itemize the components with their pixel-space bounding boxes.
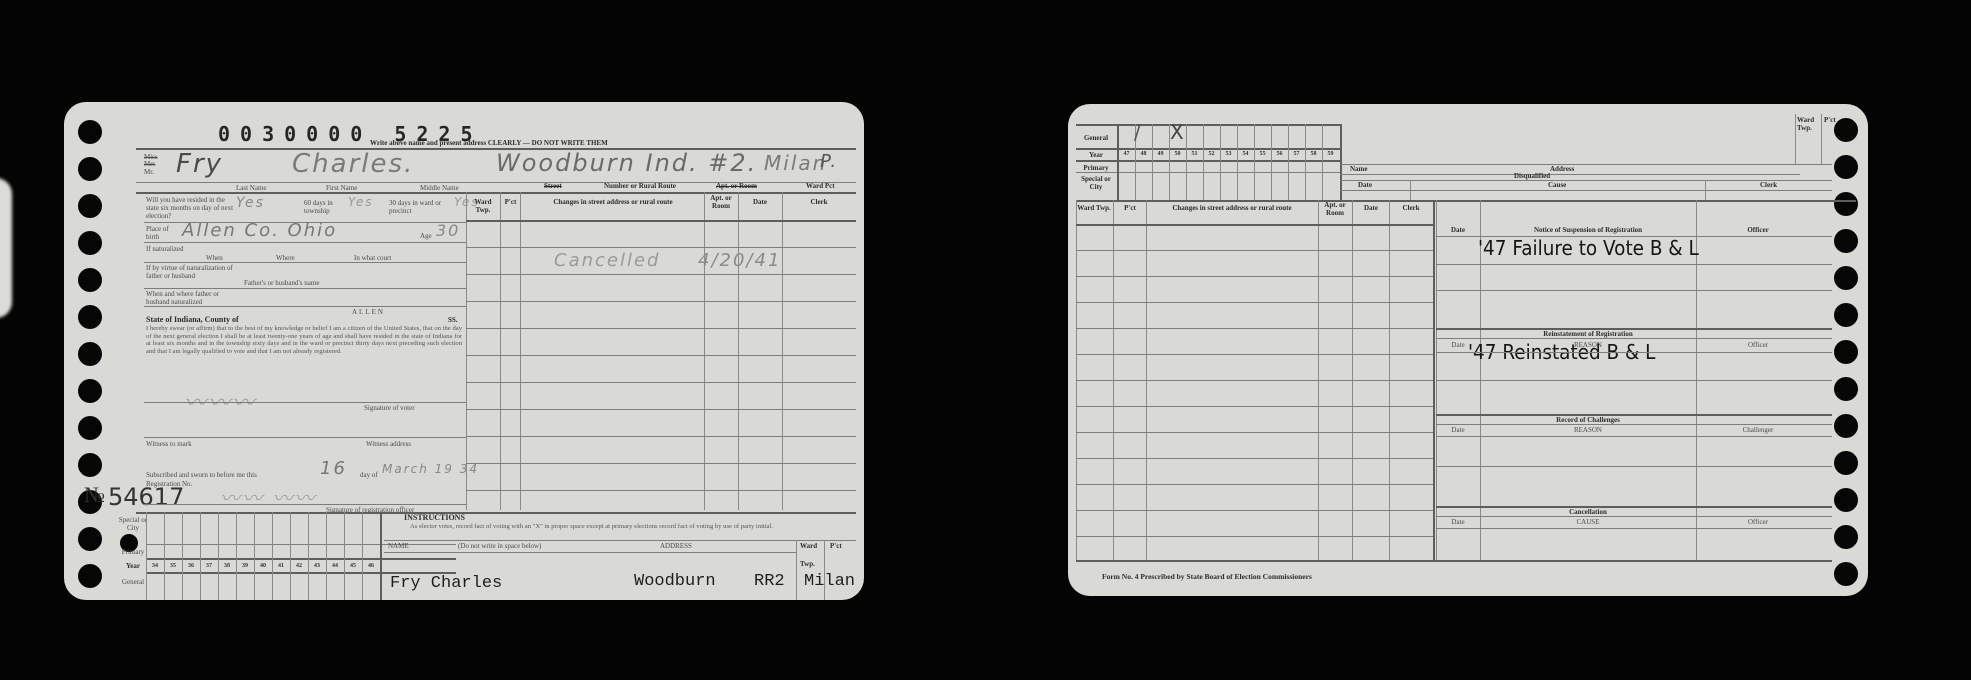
residency-state-question: Will you have resided in the state six m… [146, 196, 236, 220]
last-name-value: Fry [176, 149, 223, 179]
table-row [466, 274, 856, 275]
table-row [466, 436, 856, 437]
rule [1436, 436, 1832, 437]
birthplace-value: Allen Co. Ohio [182, 220, 337, 241]
year-cell: 40 [254, 563, 272, 569]
registration-card-front: 0030000 5225 Write above name and presen… [64, 102, 864, 600]
year-cell: 42 [290, 563, 308, 569]
rule [144, 242, 466, 243]
grid-line [1322, 124, 1323, 200]
adjacent-card-edge [0, 178, 12, 318]
punch-hole [78, 379, 102, 403]
grid-line [308, 512, 309, 600]
grid-line [1186, 124, 1187, 200]
table-row [1076, 510, 1433, 511]
disqualified-label: Disqualified [1514, 172, 1550, 180]
table-row [1076, 354, 1433, 355]
table-row [466, 301, 856, 302]
strip-route-value: RR2 [754, 572, 785, 591]
ward-value: P. [820, 151, 838, 172]
punch-hole [78, 231, 102, 255]
rule [1340, 174, 1800, 175]
oath-heading: State of Indiana, County of [146, 316, 239, 324]
grid-line [1305, 124, 1306, 200]
year-cell: 49 [1152, 151, 1169, 157]
row-special-city: Special or City [118, 516, 148, 532]
disq-date-label: Date [1358, 181, 1372, 189]
rule [1436, 528, 1832, 529]
rule [1436, 338, 1832, 339]
grid-line [164, 512, 165, 600]
birthplace-label: Place of birth [146, 225, 176, 241]
rule [1436, 380, 1832, 381]
punch-hole [1834, 192, 1858, 216]
street-label: Street [544, 182, 562, 190]
grid-line [1152, 124, 1153, 200]
last-name-label: Last Name [236, 184, 267, 192]
grid-line [1203, 124, 1204, 200]
col-clerk: Clerk [784, 198, 854, 206]
rule [1076, 200, 1856, 202]
rule [146, 558, 456, 560]
punch-hole [78, 342, 102, 366]
strip-address-label: ADDRESS [660, 542, 692, 550]
instructions-text: As elector votes, record fact of voting … [410, 523, 830, 531]
reinstatement-officer-label: Officer [1698, 341, 1818, 349]
rule [1340, 190, 1832, 191]
table-row [1076, 250, 1433, 251]
strip-ward-label: Ward [800, 542, 817, 550]
witness-address-label: Witness address [366, 440, 411, 448]
reinstatement-title: Reinstatement of Registration [1482, 330, 1694, 338]
grid-line [380, 512, 382, 600]
punch-hole [1834, 451, 1858, 475]
rule [1436, 466, 1832, 467]
cancellation-officer-label: Officer [1698, 518, 1818, 526]
ward-twp-label: Ward Twp. [1797, 116, 1821, 132]
father-naturalized-when-label: When and where father or husband natural… [146, 290, 241, 306]
table-row [466, 409, 856, 410]
rule [1436, 264, 1832, 265]
strip-pct-label: P'ct [830, 542, 842, 550]
father-name-label: Father's or husband's name [244, 279, 319, 287]
table-row [466, 220, 856, 222]
grid-line [1340, 124, 1342, 200]
grid-line [1433, 200, 1435, 560]
registration-card-back: General Year Primary Special or City 47 … [1068, 104, 1868, 596]
ward-pct-label: Ward Pct [806, 182, 835, 190]
punch-hole [1834, 525, 1858, 549]
punch-hole [78, 120, 102, 144]
header-instruction: Write above name and present address CLE… [370, 139, 690, 147]
grid-line [1220, 124, 1221, 200]
rule [1076, 160, 1341, 162]
col-changes: Changes in street address or rural route [522, 198, 704, 206]
rule [144, 402, 466, 403]
year-cell: 39 [236, 563, 254, 569]
form-footer: Form No. 4 Prescribed by State Board of … [1102, 573, 1312, 581]
route-label: Number or Rural Route [604, 182, 676, 190]
table-row [1076, 458, 1433, 459]
col-date: Date [739, 198, 781, 206]
table-row [1076, 380, 1433, 381]
residency-township-answer: Yes [348, 195, 374, 209]
year-cell: 55 [1254, 151, 1271, 157]
name-label: Name [1350, 165, 1368, 173]
rule [1076, 560, 1832, 562]
strip-name-value: Fry Charles [390, 574, 502, 593]
officer-signature: 〰〰 〰〰 [220, 482, 316, 511]
year-cell: 57 [1288, 151, 1305, 157]
subscribed-month-year: March 19 34 [382, 462, 479, 476]
number-symbol: № [84, 482, 105, 508]
rule [146, 544, 456, 545]
year-cell: 51 [1186, 151, 1203, 157]
col-pct: P'ct [501, 198, 520, 206]
year-cell: 37 [200, 563, 218, 569]
row-special-city: Special or City [1076, 175, 1116, 191]
rule [144, 306, 466, 307]
year-cell: 58 [1305, 151, 1322, 157]
voter-signature-label: Signature of voter [364, 404, 415, 412]
col-date: Date [1353, 204, 1389, 212]
row-year: Year [1076, 151, 1116, 159]
col-apt: Apt. or Room [1319, 201, 1351, 217]
punch-hole [1834, 414, 1858, 438]
rule [136, 512, 856, 514]
punch-hole [78, 527, 102, 551]
table-row [1076, 224, 1433, 226]
strip-no-write-label: (Do not write in space below) [458, 542, 541, 550]
year-cell: 53 [1220, 151, 1237, 157]
middle-name-label: Middle Name [420, 184, 459, 192]
year-cell: 35 [164, 563, 182, 569]
year-cell: 52 [1203, 151, 1220, 157]
grid-line [1117, 124, 1119, 200]
naturalized-label: If naturalized [146, 245, 186, 253]
year-cell: 41 [272, 563, 290, 569]
grid-line [1237, 124, 1238, 200]
residency-state-answer: Yes [236, 195, 265, 211]
grid-line [218, 512, 219, 600]
grid-line [362, 512, 363, 600]
age-label: Age [420, 232, 432, 240]
col-ward-twp: Ward Twp. [1076, 204, 1112, 212]
col-pct: P'ct [1114, 204, 1146, 212]
punch-hole [1834, 488, 1858, 512]
subscribed-day: 16 [320, 458, 347, 479]
rule [1076, 148, 1341, 150]
rule [144, 262, 466, 263]
table-row [466, 490, 856, 491]
year-cell: 34 [146, 563, 164, 569]
rule [384, 552, 796, 553]
punch-hole [78, 157, 102, 181]
oath-ss: SS. [448, 316, 458, 324]
row-primary: Primary [1076, 164, 1116, 172]
rule [1436, 516, 1832, 517]
rule [1436, 352, 1832, 353]
rule [144, 288, 466, 289]
row-primary: Primary [118, 548, 148, 556]
registration-number: 54617 [108, 483, 184, 511]
subscribed-label: Subscribed and sworn to before me this [146, 471, 257, 479]
year-cell: 59 [1322, 151, 1339, 157]
grid-line [1288, 124, 1289, 200]
first-name-label: First Name [326, 184, 357, 192]
rule [1076, 172, 1341, 173]
rule [144, 437, 466, 438]
year-cell: 47 [1118, 151, 1135, 157]
salutation-mrs: Mrs [144, 160, 155, 168]
apt-label: Apt. or Room [716, 182, 757, 190]
naturalized-where-label: Where [276, 254, 295, 262]
naturalized-court-label: In what court [354, 254, 391, 262]
day-of-label: day of [360, 471, 378, 479]
table-row [466, 382, 856, 383]
challenges-reason-label: REASON [1482, 426, 1694, 434]
table-row [1076, 432, 1433, 433]
naturalized-when-label: When [206, 254, 223, 262]
grid-line [1705, 180, 1706, 200]
grid-line [236, 512, 237, 600]
grid-line [146, 512, 147, 600]
punch-hole [1834, 377, 1858, 401]
grid-line [1795, 114, 1796, 164]
table-row [466, 328, 856, 329]
strip-name-label: NAME [388, 542, 409, 550]
strip-township-value: Milan [804, 572, 855, 591]
grid-line [1254, 124, 1255, 200]
row-general: General [1076, 134, 1116, 142]
cancellation-title: Cancellation [1482, 508, 1694, 516]
table-row [466, 355, 856, 356]
year-cell: 38 [218, 563, 236, 569]
col-ward-twp: Ward Twp. [467, 198, 499, 214]
address-label: Address [1550, 165, 1574, 173]
table-row [1076, 328, 1433, 329]
vote-mark-50: X [1170, 120, 1186, 144]
grid-line [1410, 180, 1411, 200]
cancellation-cause-label: CAUSE [1482, 518, 1694, 526]
grid-line [290, 512, 291, 600]
table-row [1076, 302, 1433, 303]
father-naturalization-label: If by virtue of naturalization of father… [146, 264, 236, 280]
punch-hole [1834, 340, 1858, 364]
col-clerk: Clerk [1390, 204, 1432, 212]
suspension-title: Notice of Suspension of Registration [1482, 226, 1694, 234]
punch-hole [78, 453, 102, 477]
grid-line [1821, 114, 1822, 164]
table-row [1076, 276, 1433, 277]
suspension-date-label: Date [1438, 226, 1478, 234]
table-row [1076, 484, 1433, 485]
col-changes: Changes in street address or rural route [1147, 204, 1317, 212]
grid-line [824, 540, 825, 600]
punch-hole [78, 564, 102, 588]
punch-hole [1834, 229, 1858, 253]
challenges-date-label: Date [1438, 426, 1478, 434]
suspension-stamp: '47 Failure to Vote B & L [1478, 236, 1699, 260]
year-cell: 56 [1271, 151, 1288, 157]
grid-line [182, 512, 183, 600]
year-cell: 48 [1135, 151, 1152, 157]
year-cell: 50 [1169, 151, 1186, 157]
disq-cause-label: Cause [1548, 181, 1566, 189]
year-cell: 44 [326, 563, 344, 569]
suspension-officer-label: Officer [1698, 226, 1818, 234]
punch-hole [78, 194, 102, 218]
row-general: General [118, 578, 148, 586]
cancelled-entry: Cancelled [554, 250, 660, 271]
rule [144, 504, 466, 505]
col-apt: Apt. or Room [705, 194, 737, 210]
grid-line [254, 512, 255, 600]
year-cell: 46 [362, 563, 380, 569]
year-cell: 45 [344, 563, 362, 569]
year-cell: 54 [1237, 151, 1254, 157]
grid-line [1271, 124, 1272, 200]
vote-mark-48: / [1134, 120, 1143, 144]
punch-hole [78, 268, 102, 292]
rule [1436, 290, 1832, 291]
punch-hole [1834, 266, 1858, 290]
disq-clerk-label: Clerk [1760, 181, 1777, 189]
cancelled-date: 4/20/41 [698, 250, 781, 271]
strip-address-value: Woodburn [634, 572, 716, 591]
county-value: ALLEN [352, 308, 385, 316]
grid-line [272, 512, 273, 600]
year-cell: 43 [308, 563, 326, 569]
age-value: 30 [436, 221, 460, 240]
row-year: Year [118, 562, 148, 570]
residency-ward-question: 30 days in ward or precinct [389, 199, 453, 215]
rule [384, 540, 856, 541]
oath-text: I hereby swear (or affirm) that to the b… [146, 325, 462, 355]
grid-line [796, 540, 797, 600]
rule [136, 192, 856, 194]
first-name-value: Charles. [292, 149, 414, 179]
punch-hole [1834, 562, 1858, 586]
grid-line [200, 512, 201, 600]
city-value: Milan [764, 151, 827, 175]
table-row [1076, 406, 1433, 407]
punch-hole [78, 416, 102, 440]
grid-line [344, 512, 345, 600]
rule [1340, 180, 1832, 181]
table-row [1076, 536, 1433, 537]
punch-hole [1834, 118, 1858, 142]
rule [1340, 164, 1832, 165]
punch-hole [1834, 155, 1858, 179]
punch-hole [1834, 303, 1858, 327]
punch-hole [78, 305, 102, 329]
table-row [466, 247, 856, 248]
witness-mark-label: Witness to mark [146, 440, 192, 448]
challenges-challenger-label: Challenger [1698, 426, 1818, 434]
table-row [466, 463, 856, 464]
cancellation-date-label: Date [1438, 518, 1478, 526]
grid-line [326, 512, 327, 600]
instructions-title: INSTRUCTIONS [404, 514, 465, 522]
rule [1076, 124, 1341, 126]
address-value: Woodburn Ind. #2. [496, 149, 757, 177]
pct-label: P'ct [1824, 116, 1836, 124]
salutation-mr: Mr. [144, 168, 154, 176]
rule [1436, 424, 1832, 425]
strip-twp-label: Twp. [800, 560, 815, 568]
challenges-title: Record of Challenges [1482, 416, 1694, 424]
year-cell: 36 [182, 563, 200, 569]
